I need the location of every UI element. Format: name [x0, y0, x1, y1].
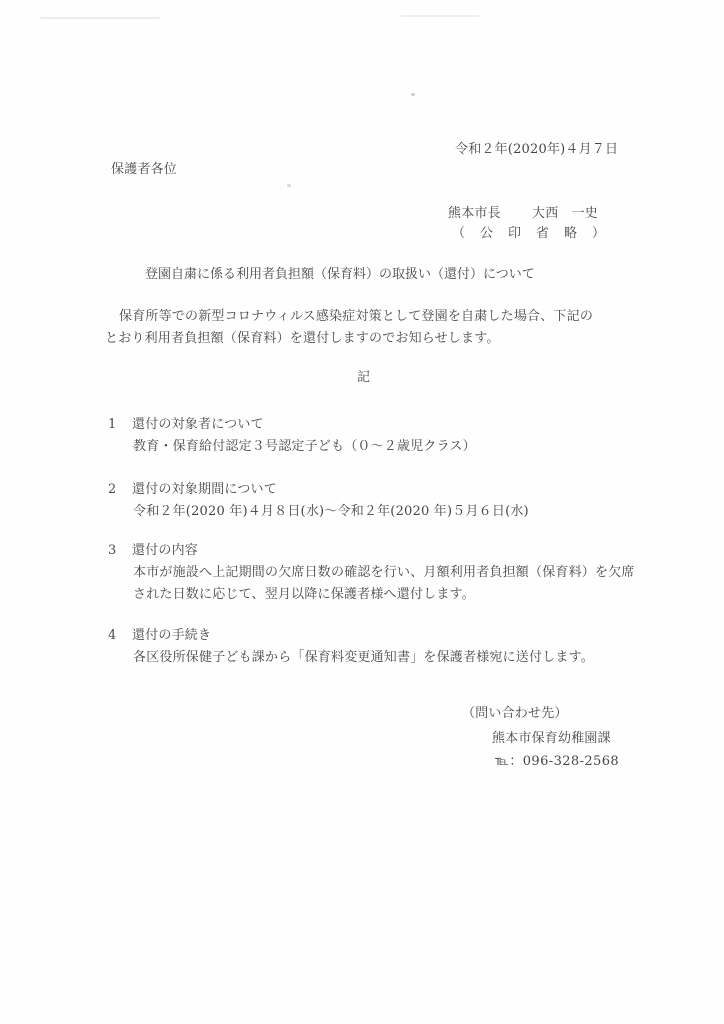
subject-title: 登園自粛に係る利用者負担額（保育料）の取扱い（還付）について — [145, 266, 535, 283]
addressee: 保護者各位 — [111, 161, 177, 178]
item-3-number: 3 — [108, 542, 116, 559]
body-paragraph-line-1: 保育所等での新型コロナウィルス感染症対策として登園を自粛した場合、下記の — [119, 308, 593, 325]
document-date: 令和２年(2020年)４月７日 — [455, 141, 618, 158]
item-1-content: 教育・保育給付認定３号認定子ども（０～２歳児クラス） — [133, 438, 476, 455]
item-4-number: 4 — [108, 627, 116, 644]
scan-artifact — [400, 15, 480, 17]
item-2-heading: 還付の対象期間について — [132, 481, 277, 498]
scan-artifact — [287, 184, 291, 187]
item-3-heading: 還付の内容 — [132, 542, 198, 559]
record-marker: 記 — [357, 369, 370, 386]
scanned-letter-page: 令和２年(2020年)４月７日 保護者各位 熊本市長 大西 一史 （ 公 印 省… — [0, 0, 724, 1024]
item-1-heading: 還付の対象者について — [132, 416, 264, 433]
scan-artifact — [40, 17, 160, 19]
scan-artifact — [411, 93, 415, 96]
sender-name: 大西 一史 — [532, 205, 598, 222]
item-4-heading: 還付の手続き — [132, 627, 211, 644]
item-2-content: 令和２年(2020 年)４月８日(水)～令和２年(2020 年)５月６日(水) — [133, 503, 529, 520]
item-3-content-line-2: された日数に応じて、翌月以降に保護者様へ還付します。 — [133, 586, 475, 603]
item-2-number: 2 — [108, 481, 116, 498]
contact-phone: ℡：096-328-2568 — [495, 753, 619, 770]
contact-label: （問い合わせ先） — [462, 705, 568, 722]
contact-department: 熊本市保育幼稚園課 — [492, 730, 611, 747]
item-3-content-line-1: 本市が施設へ上記期間の欠席日数の確認を行い、月額利用者負担額（保育料）を欠席 — [133, 564, 635, 581]
item-1-number: 1 — [108, 416, 116, 433]
sender-title: 熊本市長 — [448, 205, 501, 222]
seal-omitted-note: （ 公 印 省 略 ） — [452, 225, 606, 242]
item-4-content: 各区役所保健子ども課から「保育料変更通知書」を保護者様宛に送付します。 — [133, 649, 594, 666]
body-paragraph-line-2: とおり利用者負担額（保育料）を還付しますのでお知らせします。 — [105, 330, 500, 347]
